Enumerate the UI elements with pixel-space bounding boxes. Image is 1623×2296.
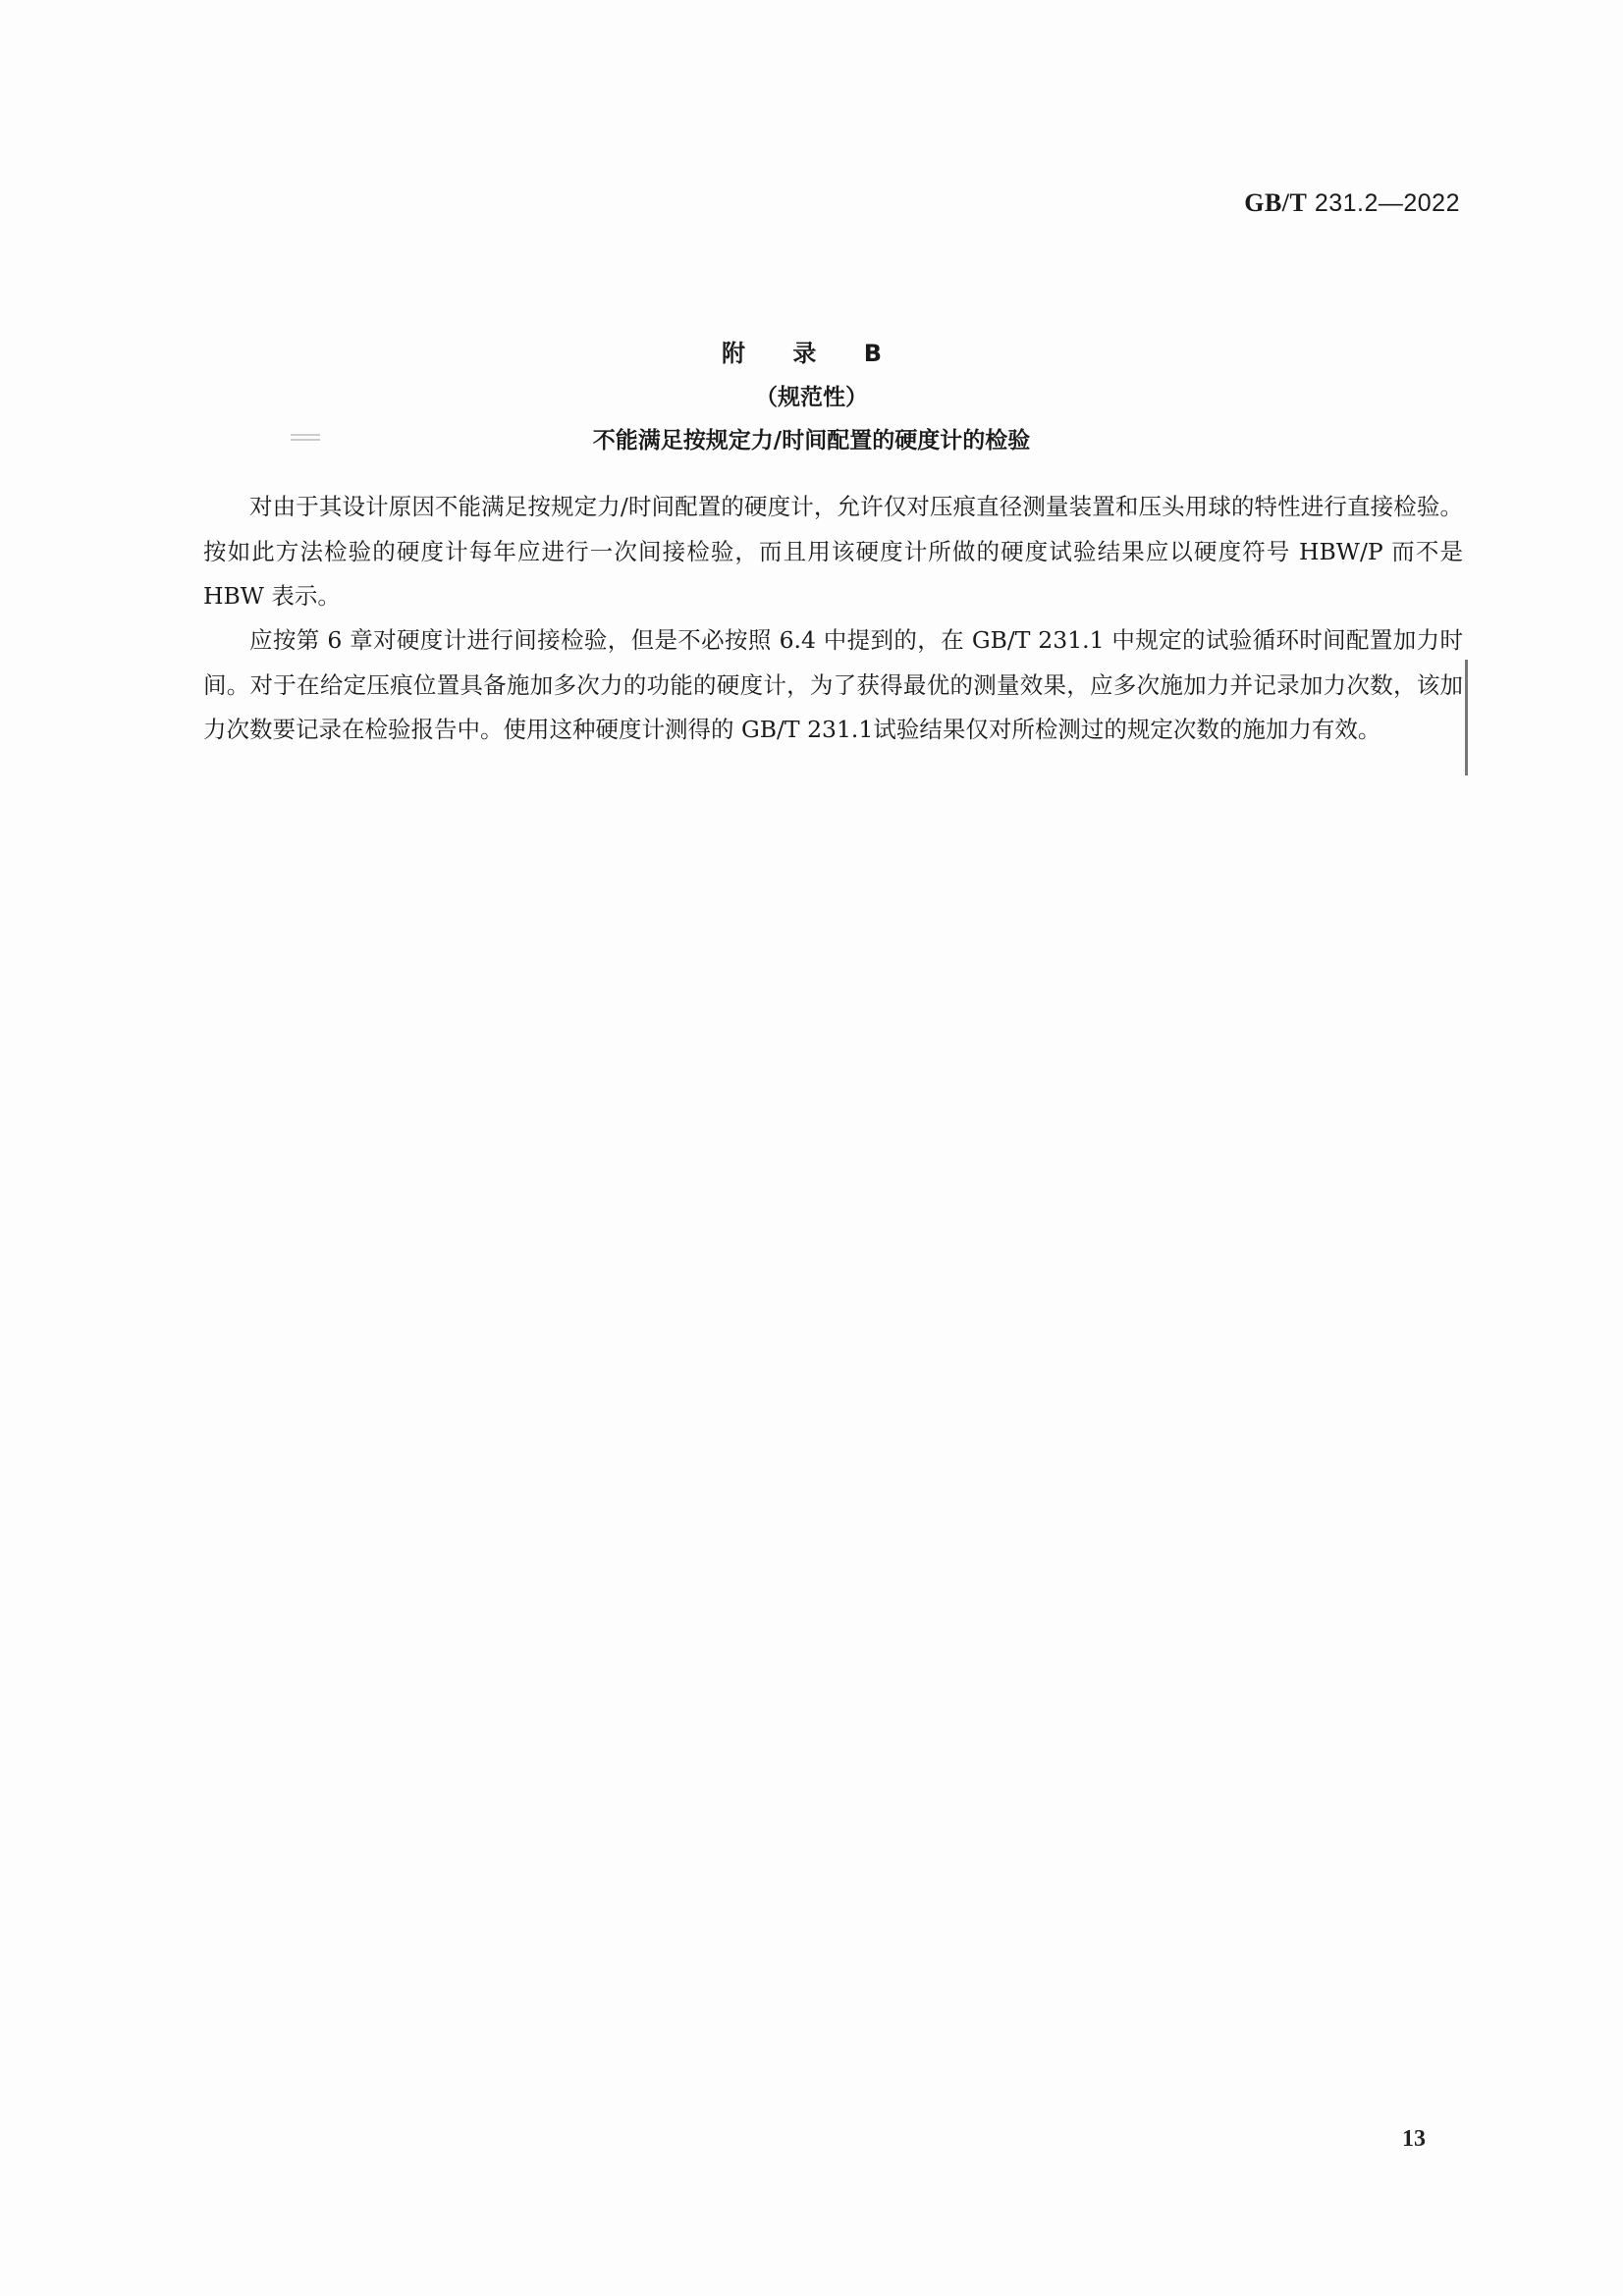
scan-artifact <box>291 434 320 440</box>
paragraph-1: 对由于其设计原因不能满足按规定力/时间配置的硬度计，允许仅对压痕直径测量装置和压… <box>203 485 1463 619</box>
paragraph-text: 应按第 6 章对硬度计进行间接检验，但是不必按照 6.4 中提到的，在 GB/T… <box>203 618 1463 753</box>
change-bar <box>1465 660 1468 775</box>
page-number: 13 <box>1402 2126 1426 2153</box>
standard-prefix: GB/T <box>1244 188 1307 217</box>
standard-number: 231.2—2022 <box>1315 189 1460 217</box>
standard-code: GB/T 231.2—2022 <box>1244 188 1460 218</box>
annex-title: 附 录 B <box>0 334 1623 368</box>
annex-heading: 不能满足按规定力/时间配置的硬度计的检验 <box>0 422 1623 454</box>
document-page: GB/T 231.2—2022 附 录 B （规范性） 不能满足按规定力/时间配… <box>0 0 1623 2296</box>
paragraph-2: 应按第 6 章对硬度计进行间接检验，但是不必按照 6.4 中提到的，在 GB/T… <box>203 618 1463 753</box>
annex-nature: （规范性） <box>0 379 1623 411</box>
paragraph-text: 对由于其设计原因不能满足按规定力/时间配置的硬度计，允许仅对压痕直径测量装置和压… <box>203 485 1463 619</box>
